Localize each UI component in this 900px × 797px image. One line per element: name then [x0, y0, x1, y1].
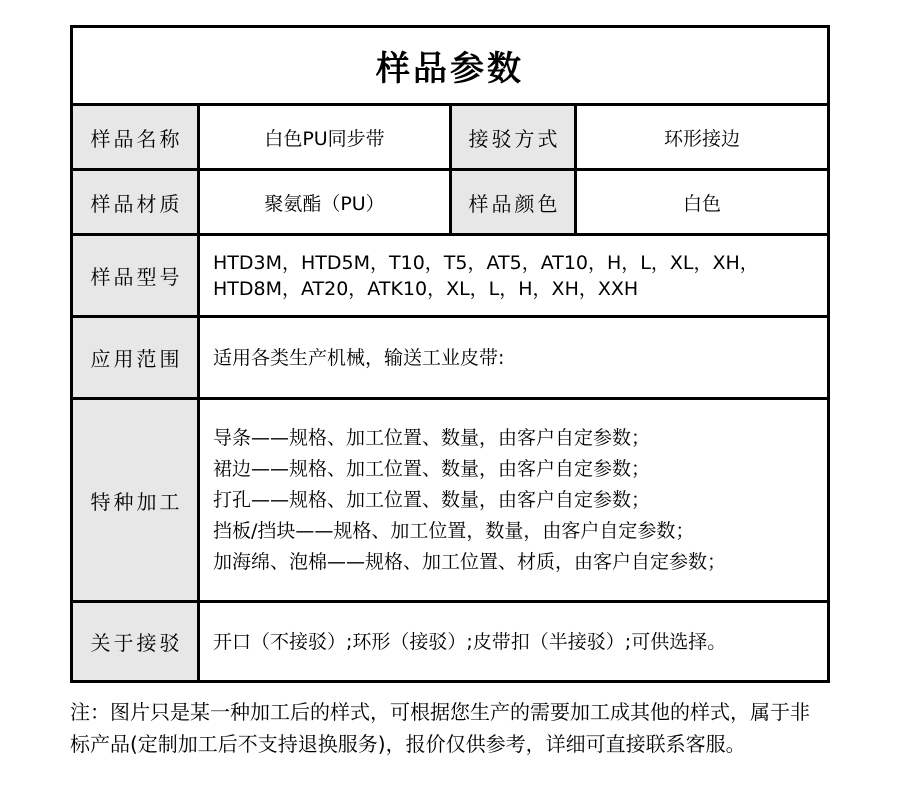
special-line-punching: 打孔——规格、加工位置、数量，由客户自定参数；: [213, 485, 827, 516]
models-line-1: HTD3M，HTD5M，T10，T5，AT5，AT10，H，L，XL，XH，: [213, 250, 827, 276]
footnote-line-1: 注：图片只是某一种加工后的样式，可根据您生产的需要加工成其他的样式，属于非: [70, 696, 840, 728]
application-line-1: 适用各类生产机械，输送工业皮带:: [213, 343, 827, 373]
table-row-application: 应用范围 适用各类生产机械，输送工业皮带:: [73, 315, 827, 397]
table-row-models: 样品型号 HTD3M，HTD5M，T10，T5，AT5，AT10，H，L，XL，…: [73, 233, 827, 315]
value-sample-name: 白色PU同步带: [197, 106, 449, 168]
value-color: 白色: [574, 171, 827, 233]
special-line-sponge: 加海绵、泡棉——规格、加工位置、材质，由客户自定参数；: [213, 547, 827, 578]
value-material: 聚氨酯（PU）: [197, 171, 449, 233]
special-line-baffle: 挡板/挡块——规格、加工位置，数量，由客户自定参数；: [213, 516, 827, 547]
table-row-about-joints: 关于接驳 开口（不接驳）;环形（接驳）;皮带扣（半接驳）;可供选择。: [73, 600, 827, 680]
sample-spec-table: 样品参数 样品名称 白色PU同步带 接驳方式 环形接边 样品材质 聚氨酯（PU）…: [70, 25, 830, 683]
label-material: 样品材质: [73, 171, 197, 233]
label-color: 样品颜色: [449, 171, 574, 233]
value-special-processing: 导条——规格、加工位置、数量，由客户自定参数； 裙边——规格、加工位置、数量，由…: [197, 400, 827, 600]
table-title: 样品参数: [73, 28, 827, 103]
table-row-sample-name: 样品名称 白色PU同步带 接驳方式 环形接边: [73, 103, 827, 168]
value-joint-method: 环形接边: [574, 106, 827, 168]
table-row-special-processing: 特种加工 导条——规格、加工位置、数量，由客户自定参数； 裙边——规格、加工位置…: [73, 397, 827, 600]
label-sample-name: 样品名称: [73, 106, 197, 168]
footnote: 注：图片只是某一种加工后的样式，可根据您生产的需要加工成其他的样式，属于非 标产…: [70, 696, 840, 760]
value-about-joints: 开口（不接驳）;环形（接驳）;皮带扣（半接驳）;可供选择。: [197, 603, 827, 680]
table-row-material: 样品材质 聚氨酯（PU） 样品颜色 白色: [73, 168, 827, 233]
footnote-line-2: 标产品(定制加工后不支持退换服务)，报价仅供参考，详细可直接联系客服。: [70, 728, 840, 760]
joints-line-1: 开口（不接驳）;环形（接驳）;皮带扣（半接驳）;可供选择。: [213, 627, 827, 657]
value-models: HTD3M，HTD5M，T10，T5，AT5，AT10，H，L，XL，XH， H…: [197, 236, 827, 315]
models-line-2: HTD8M，AT20，ATK10，XL，L，H，XH，XXH: [213, 276, 827, 302]
label-about-joints: 关于接驳: [73, 603, 197, 680]
special-line-skirt: 裙边——规格、加工位置、数量，由客户自定参数；: [213, 454, 827, 485]
special-line-guide-strip: 导条——规格、加工位置、数量，由客户自定参数；: [213, 423, 827, 454]
value-application: 适用各类生产机械，输送工业皮带:: [197, 318, 827, 397]
label-special-processing: 特种加工: [73, 400, 197, 600]
label-models: 样品型号: [73, 236, 197, 315]
label-joint-method: 接驳方式: [449, 106, 574, 168]
label-application: 应用范围: [73, 318, 197, 397]
